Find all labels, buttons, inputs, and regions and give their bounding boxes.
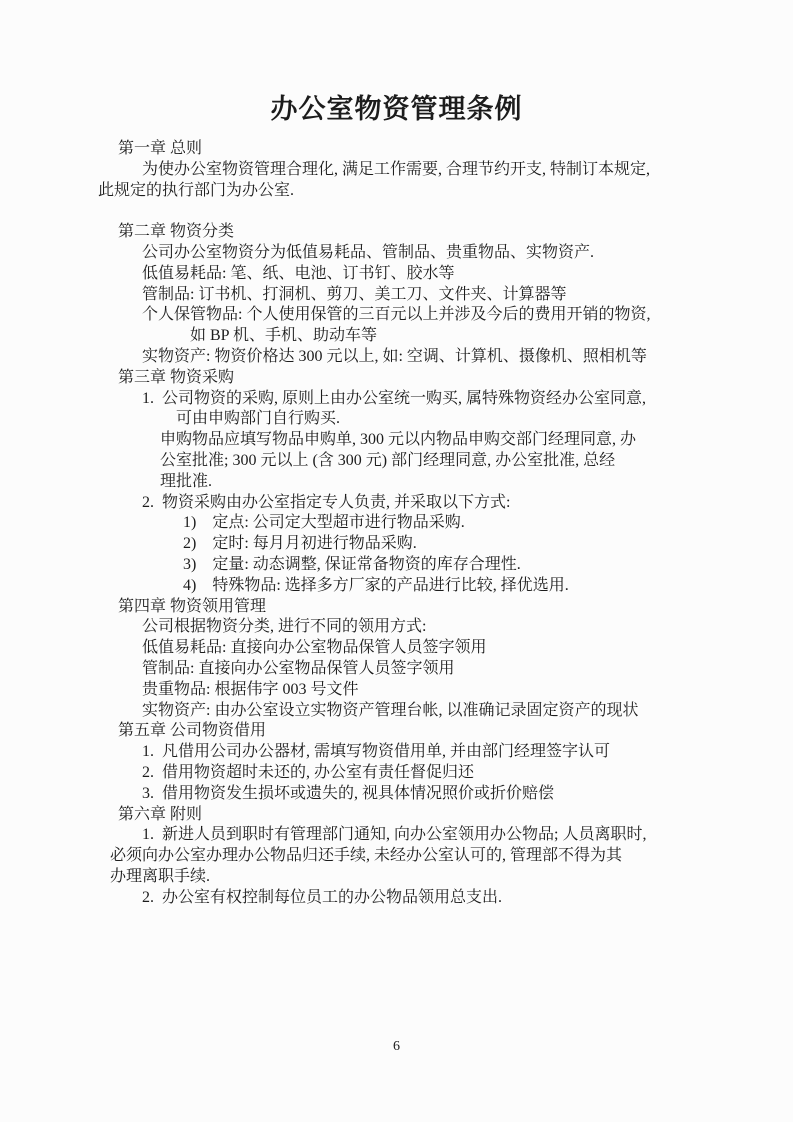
doc-line: 3. 借用物资发生损坏或遗失的, 视具体情况照价或折价赔偿 bbox=[98, 784, 698, 805]
doc-line: 为使办公室物资管理合理化, 满足工作需要, 合理节约开支, 特制订本规定, bbox=[98, 160, 698, 181]
doc-line: 实物资产: 物资价格达 300 元以上, 如: 空调、计算机、摄像机、照相机等 bbox=[98, 347, 698, 368]
doc-line: 4) 特殊物品: 选择多方厂家的产品进行比较, 择优选用. bbox=[98, 576, 698, 597]
doc-line: 实物资产: 由办公室设立实物资产管理台帐, 以准确记录固定资产的现状 bbox=[98, 701, 698, 722]
doc-line: 低值易耗品: 笔、纸、电池、订书钉、胶水等 bbox=[98, 264, 698, 285]
doc-line: 2) 定时: 每月月初进行物品采购. bbox=[98, 534, 698, 555]
doc-line: 低值易耗品: 直接向办公室物品保管人员签字领用 bbox=[98, 638, 698, 659]
doc-line: 个人保管物品: 个人使用保管的三百元以上并涉及今后的费用开销的物资, bbox=[98, 305, 698, 326]
doc-line: 管制品: 订书机、打洞机、剪刀、美工刀、文件夹、计算器等 bbox=[98, 285, 698, 306]
chapter-heading-6: 第六章 附则 bbox=[98, 805, 698, 826]
doc-line: 理批准. bbox=[98, 472, 698, 493]
doc-line: 2. 物资采购由办公室指定专人负责, 并采取以下方式: bbox=[98, 493, 698, 514]
doc-line: 申购物品应填写物品申购单, 300 元以内物品申购交部门经理同意, 办 bbox=[98, 430, 698, 451]
doc-line: 1. 公司物资的采购, 原则上由办公室统一购买, 属特殊物资经办公室同意, bbox=[98, 389, 698, 410]
chapter-heading-2: 第二章 物资分类 bbox=[98, 222, 698, 243]
doc-line: 1. 新进人员到职时有管理部门通知, 向办公室领用办公物品; 人员离职时, bbox=[98, 825, 698, 846]
doc-line: 3) 定量: 动态调整, 保证常备物资的库存合理性. bbox=[98, 555, 698, 576]
doc-line: 公司根据物资分类, 进行不同的领用方式: bbox=[98, 617, 698, 638]
blank-line bbox=[98, 201, 698, 222]
doc-line: 贵重物品: 根据伟字 003 号文件 bbox=[98, 680, 698, 701]
doc-line: 必须向办公室办理办公物品归还手续, 未经办公室认可的, 管理部不得为其 bbox=[98, 846, 698, 867]
doc-line: 1. 凡借用公司办公器材, 需填写物资借用单, 并由部门经理签字认可 bbox=[98, 742, 698, 763]
doc-line: 2. 借用物资超时未还的, 办公室有责任督促归还 bbox=[98, 763, 698, 784]
page-number: 6 bbox=[0, 1038, 793, 1056]
doc-line: 如 BP 机、手机、助动车等 bbox=[98, 326, 698, 347]
document-body: 第一章 总则 为使办公室物资管理合理化, 满足工作需要, 合理节约开支, 特制订… bbox=[98, 139, 698, 908]
doc-line: 可由申购部门自行购买. bbox=[98, 409, 698, 430]
doc-line: 公司办公室物资分为低值易耗品、管制品、贵重物品、实物资产. bbox=[98, 243, 698, 264]
doc-line: 此规定的执行部门为办公室. bbox=[98, 181, 698, 202]
doc-line: 公室批准; 300 元以上 (含 300 元) 部门经理同意, 办公室批准, 总… bbox=[98, 451, 698, 472]
doc-line: 2. 办公室有权控制每位员工的办公物品领用总支出. bbox=[98, 888, 698, 909]
doc-line: 1) 定点: 公司定大型超市进行物品采购. bbox=[98, 513, 698, 534]
page-title: 办公室物资管理条例 bbox=[0, 92, 793, 126]
chapter-heading-3: 第三章 物资采购 bbox=[98, 368, 698, 389]
chapter-heading-5: 第五章 公司物资借用 bbox=[98, 721, 698, 742]
chapter-heading-4: 第四章 物资领用管理 bbox=[98, 597, 698, 618]
doc-line: 管制品: 直接向办公室物品保管人员签字领用 bbox=[98, 659, 698, 680]
document-page: 办公室物资管理条例 第一章 总则 为使办公室物资管理合理化, 满足工作需要, 合… bbox=[0, 0, 793, 1122]
doc-line: 办理离职手续. bbox=[98, 867, 698, 888]
chapter-heading-1: 第一章 总则 bbox=[98, 139, 698, 160]
